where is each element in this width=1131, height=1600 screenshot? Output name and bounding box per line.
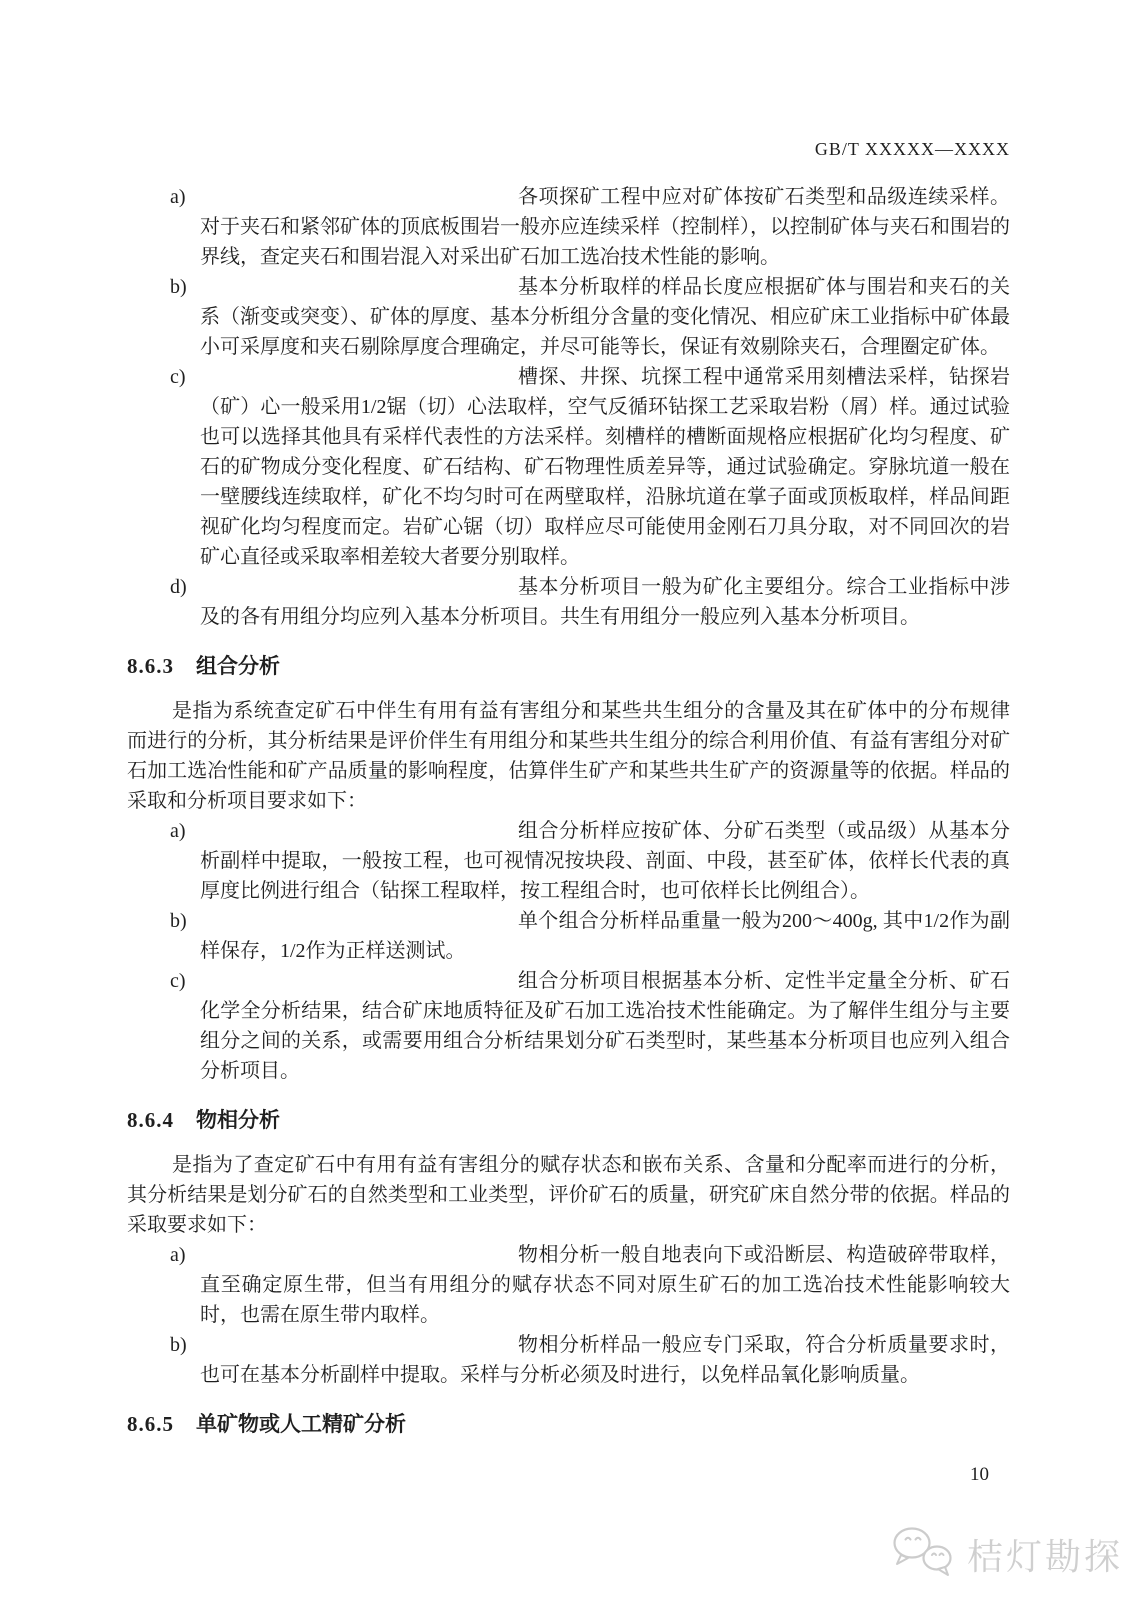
wechat-icon: [887, 1523, 961, 1586]
section-number: 8.6.5: [127, 1412, 174, 1436]
list-item: a) 物相分析一般自地表向下或沿断层、构造破碎带取样，直至确定原生带，但当有用组…: [200, 1240, 1010, 1330]
list-item: b) 物相分析样品一般应专门采取，符合分析质量要求时，也可在基本分析副样中提取。…: [200, 1330, 1010, 1390]
item-text: 物相分析样品一般应专门采取，符合分析质量要求时，也可在基本分析副样中提取。采样与…: [200, 1330, 1010, 1390]
section-863-intro: 是指为系统查定矿石中伴生有用有益有害组分和某些共生组分的含量及其在矿体中的分布规…: [127, 696, 1010, 816]
item-text: 槽探、井探、坑探工程中通常采用刻槽法采样，钻探岩（矿）心一般采用1/2锯（切）心…: [200, 362, 1010, 572]
item-label: c): [170, 966, 186, 996]
section-number: 8.6.4: [127, 1108, 174, 1132]
item-label: d): [170, 572, 187, 602]
list-item: c) 组合分析项目根据基本分析、定性半定量全分析、矿石化学全分析结果，结合矿床地…: [200, 966, 1010, 1086]
section-864-intro: 是指为了查定矿石中有用有益有害组分的赋存状态和嵌布关系、含量和分配率而进行的分析…: [127, 1150, 1010, 1240]
item-label: b): [170, 906, 187, 936]
item-text: 单个组合分析样品重量一般为200～400g, 其中1/2作为副样保存，1/2作为…: [200, 906, 1010, 966]
item-label: a): [170, 816, 186, 846]
list-item: a) 各项探矿工程中应对矿体按矿石类型和品级连续采样。对于夹石和紧邻矿体的顶底板…: [200, 182, 1010, 272]
section-864-list: a) 物相分析一般自地表向下或沿断层、构造破碎带取样，直至确定原生带，但当有用组…: [127, 1240, 1010, 1390]
sampling-list: a) 各项探矿工程中应对矿体按矿石类型和品级连续采样。对于夹石和紧邻矿体的顶底板…: [127, 182, 1010, 632]
list-item: d) 基本分析项目一般为矿化主要组分。综合工业指标中涉及的各有用组分均应列入基本…: [200, 572, 1010, 632]
item-label: c): [170, 362, 186, 392]
watermark: 桔灯勘探: [887, 1523, 1123, 1586]
list-item: a) 组合分析样应按矿体、分矿石类型（或品级）从基本分析副样中提取，一般按工程，…: [200, 816, 1010, 906]
item-text: 基本分析项目一般为矿化主要组分。综合工业指标中涉及的各有用组分均应列入基本分析项…: [200, 572, 1010, 632]
section-heading-865: 8.6.5单矿物或人工精矿分析: [127, 1410, 1010, 1438]
section-title: 组合分析: [196, 654, 280, 678]
section-heading-864: 8.6.4物相分析: [127, 1106, 1010, 1134]
item-label: a): [170, 1240, 186, 1270]
item-text: 基本分析取样的样品长度应根据矿体与围岩和夹石的关系（渐变或突变）、矿体的厚度、基…: [200, 272, 1010, 362]
doc-code: GB/T XXXXX—XXXX: [127, 0, 1010, 160]
page-number: 10: [970, 1464, 989, 1486]
page-content: GB/T XXXXX—XXXX a) 各项探矿工程中应对矿体按矿石类型和品级连续…: [127, 0, 1010, 1454]
section-heading-863: 8.6.3组合分析: [127, 652, 1010, 680]
section-title: 物相分析: [196, 1108, 280, 1132]
item-label: b): [170, 272, 187, 302]
section-number: 8.6.3: [127, 654, 174, 678]
list-item: c) 槽探、井探、坑探工程中通常采用刻槽法采样，钻探岩（矿）心一般采用1/2锯（…: [200, 362, 1010, 572]
list-item: b) 单个组合分析样品重量一般为200～400g, 其中1/2作为副样保存，1/…: [200, 906, 1010, 966]
item-text: 组合分析项目根据基本分析、定性半定量全分析、矿石化学全分析结果，结合矿床地质特征…: [200, 966, 1010, 1086]
item-text: 组合分析样应按矿体、分矿石类型（或品级）从基本分析副样中提取，一般按工程，也可视…: [200, 816, 1010, 906]
item-text: 各项探矿工程中应对矿体按矿石类型和品级连续采样。对于夹石和紧邻矿体的顶底板围岩一…: [200, 182, 1010, 272]
section-863-list: a) 组合分析样应按矿体、分矿石类型（或品级）从基本分析副样中提取，一般按工程，…: [127, 816, 1010, 1086]
item-text: 物相分析一般自地表向下或沿断层、构造破碎带取样，直至确定原生带，但当有用组分的赋…: [200, 1240, 1010, 1330]
item-label: b): [170, 1330, 187, 1360]
list-item: b) 基本分析取样的样品长度应根据矿体与围岩和夹石的关系（渐变或突变）、矿体的厚…: [200, 272, 1010, 362]
section-title: 单矿物或人工精矿分析: [196, 1412, 406, 1436]
item-label: a): [170, 182, 186, 212]
document-page: GB/T XXXXX—XXXX a) 各项探矿工程中应对矿体按矿石类型和品级连续…: [0, 0, 1131, 1600]
watermark-text: 桔灯勘探: [967, 1529, 1123, 1580]
